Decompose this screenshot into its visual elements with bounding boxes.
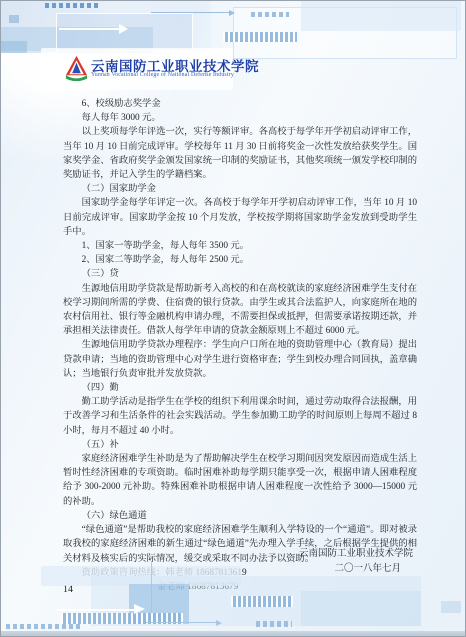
line-amount: 每人每年 3000 元。: [63, 111, 417, 125]
decor-square: [1, 41, 27, 53]
paragraph-loan-procedure: 生源地信用助学贷款办理程序：学生向户口所在地的资助管理中心（教育局）提出贷款申请…: [63, 338, 417, 381]
signature-block: 云南国防工业职业技术学院 二〇一八年七月: [299, 547, 413, 576]
heading-national-grant: （二）国家助学金: [63, 182, 417, 196]
decor-rect: [301, 591, 421, 626]
decor-rect: [301, 1, 461, 31]
decor-square: [9, 15, 19, 23]
paragraph-award-review: 以上奖项每学年评选一次，实行等额评审。各高校于每学年开学初启动评审工作，当年 1…: [63, 125, 417, 182]
line-grant-first-class: 1、国家一等助学金，每人每年 3500 元。: [63, 239, 417, 253]
decor-tick-strip: [251, 12, 289, 17]
arrow-right-icon: [119, 24, 128, 34]
arrow-right-icon: [229, 10, 235, 16]
heading-subsidy: （五）补: [63, 438, 417, 452]
decor-rect: [441, 601, 461, 613]
college-logo-icon: [63, 54, 90, 81]
heading-work-study: （四）勤: [63, 381, 417, 395]
document-page: 云南国防工业职业技术学院 Yunnan Vocational College o…: [0, 0, 466, 637]
heading-green-channel: （六）绿色通道: [63, 509, 417, 523]
paragraph-loan-intro: 生源地信用助学贷款是帮助新考入高校的和在高校就读的家庭经济困难学生支付在校学习期…: [63, 282, 417, 339]
paragraph-subsidy: 家庭经济困难学生补助是为了帮助解决学生在校学习期间因突发原因而造成生活上暂时性经…: [63, 452, 417, 509]
decor-tick-strip: [6, 624, 82, 629]
page-edge-shadow: [1, 631, 466, 637]
arrow-right-icon: [56, 609, 134, 611]
arrow-right-icon: [134, 604, 145, 614]
heading-loan: （三）贷: [63, 267, 417, 281]
decor-comb-strip: [223, 32, 297, 42]
paragraph-national-grant: 国家助学金每学年评定一次。各高校于每学年开学初启动评审工作，当年 10 月 10…: [63, 196, 417, 239]
document-body: 6、校级励志奖学金每人每年 3000 元。以上奖项每学年评选一次，实行等额评审。…: [63, 97, 417, 594]
line-grant-second-class: 2、国家二等助学金，每人每年 2500 元。: [63, 253, 417, 267]
school-name-en: Yunnan Vocational College of National De…: [91, 72, 234, 78]
paragraph-work-study: 勤工助学活动是指学生在学校的组织下利用课余时间，通过劳动取得合法报酬，用于改善学…: [63, 395, 417, 438]
decor-line: [151, 12, 229, 13]
decor-tick-strip: [45, 3, 99, 8]
arrow-right-icon: [216, 620, 222, 626]
decor-line: [146, 622, 216, 623]
signature-school: 云南国防工业职业技术学院: [299, 547, 413, 562]
heading-school-scholarship: 6、校级励志奖学金: [63, 97, 417, 111]
decor-comb-strip: [231, 596, 293, 607]
decor-tick-strip: [256, 621, 292, 627]
arrow-right-icon: [59, 28, 119, 30]
signature-date: 二〇一八年七月: [299, 562, 413, 577]
